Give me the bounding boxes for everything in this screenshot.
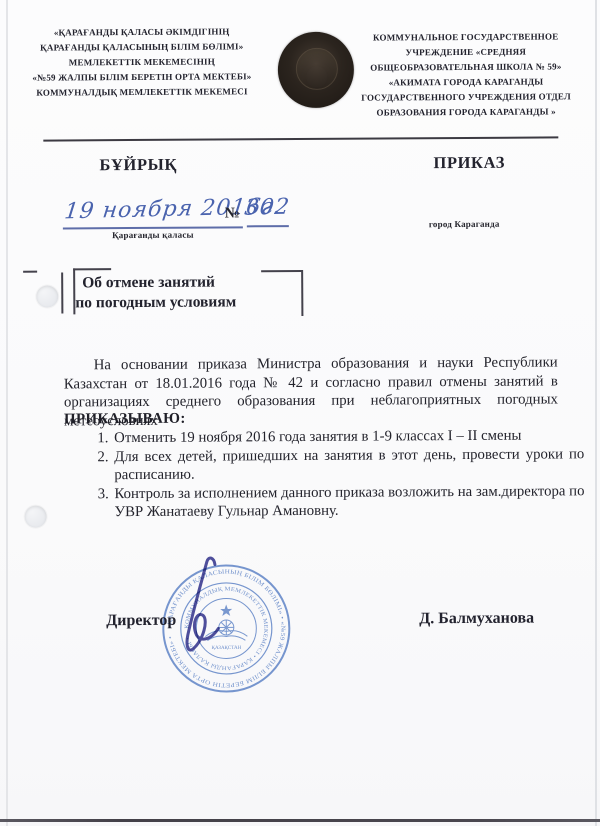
letterhead-kk-line: КОММУНАЛДЫҚ МЕМЛЕКЕТТІК МЕКЕМЕСІ: [24, 84, 260, 100]
letterhead-ru-line: ГОСУДАРСТВЕННОГО УЧРЕЖДЕНИЯ ОТДЕЛ: [348, 89, 584, 105]
scan-edge-left: [6, 0, 8, 826]
date-underline: [63, 226, 243, 229]
letterhead-kk-line: «№59 ЖАЛПЫ БІЛІМ БЕРЕТІН ОРТА МЕКТЕБІ»: [24, 69, 260, 85]
subject-line-1: Об отмене занятий: [82, 273, 215, 294]
order-item-3: Контроль за исполнением данного приказа …: [112, 482, 584, 522]
handwritten-order-number: 302: [243, 195, 291, 221]
letterhead-ru-line: ОБРАЗОВАНИЯ ГОРОДА КАРАГАНДЫ »: [348, 104, 584, 120]
letterhead-kazakh: «ҚАРАҒАНДЫ ҚАЛАСЫ ӘКІМДІГІНІҢ ҚАРАҒАНДЫ …: [24, 24, 260, 100]
punch-hole: [25, 506, 47, 528]
order-item-2: Для всех детей, пришедших на занятия в э…: [112, 445, 584, 485]
subject-line-2: по погодным условиям: [75, 292, 236, 313]
letterhead-divider-line: [43, 136, 558, 141]
number-sign: №: [225, 205, 240, 222]
letterhead-kk-line: МЕМЛЕКЕТТІК МЕКЕМЕСІНІҢ: [24, 54, 260, 70]
margin-tick-mark: [23, 271, 37, 273]
document-content: «ҚАРАҒАНДЫ ҚАЛАСЫ ӘКІМДІГІНІҢ ҚАРАҒАНДЫ …: [0, 0, 600, 826]
margin-vertical-mark: [61, 272, 63, 313]
scan-edge-bottom: [0, 819, 600, 822]
punch-hole: [36, 285, 58, 307]
letterhead-ru-line: КОММУНАЛЬНОЕ ГОСУДАРСТВЕННОЕ: [348, 29, 584, 45]
letterhead-kk-line: «ҚАРАҒАНДЫ ҚАЛАСЫ ӘКІМДІГІНІҢ: [24, 24, 260, 40]
signer-name-label: Д. Балмуханова: [419, 610, 534, 629]
order-item-1: Отменить 19 ноября 2016 года занятия в 1…: [112, 426, 584, 447]
subject-corner-mark-top-left: [73, 268, 111, 270]
place-label-russian: город Караганда: [429, 219, 500, 229]
number-underline: [247, 225, 289, 227]
scan-edge-right: [595, 0, 597, 826]
subject-corner-mark-top-right: [261, 270, 302, 272]
scanned-paper-sheet: «ҚАРАҒАНДЫ ҚАЛАСЫ ӘКІМДІГІНІҢ ҚАРАҒАНДЫ …: [0, 0, 600, 826]
director-signature-icon: [163, 548, 254, 669]
letterhead-ru-line: «АКИМАТА ГОРОДА КАРАГАНДЫ: [348, 74, 584, 90]
subject-corner-mark-top-right: [301, 270, 303, 316]
resolve-word: ПРИКАЗЫВАЮ:: [64, 411, 186, 429]
order-title-kazakh: БҰЙРЫҚ: [99, 155, 177, 175]
order-items-list: Отменить 19 ноября 2016 года занятия в 1…: [86, 426, 585, 522]
letterhead-kk-line: ҚАРАҒАНДЫ ҚАЛАСЫНЫҢ БІЛІМ БӨЛІМІ»: [24, 39, 260, 55]
state-emblem-stamp-icon: [278, 32, 354, 108]
letterhead-ru-line: УЧРЕЖДЕНИЕ «СРЕДНЯЯ: [348, 44, 584, 60]
order-title-russian: ПРИКАЗ: [433, 153, 505, 173]
letterhead-russian: КОММУНАЛЬНОЕ ГОСУДАРСТВЕННОЕ УЧРЕЖДЕНИЕ …: [348, 29, 585, 120]
place-label-kazakh: Қарағанды қаласы: [91, 230, 215, 241]
letterhead-ru-line: ОБЩЕОБРАЗОВАТЕЛЬНАЯ ШКОЛА № 59»: [348, 59, 584, 75]
